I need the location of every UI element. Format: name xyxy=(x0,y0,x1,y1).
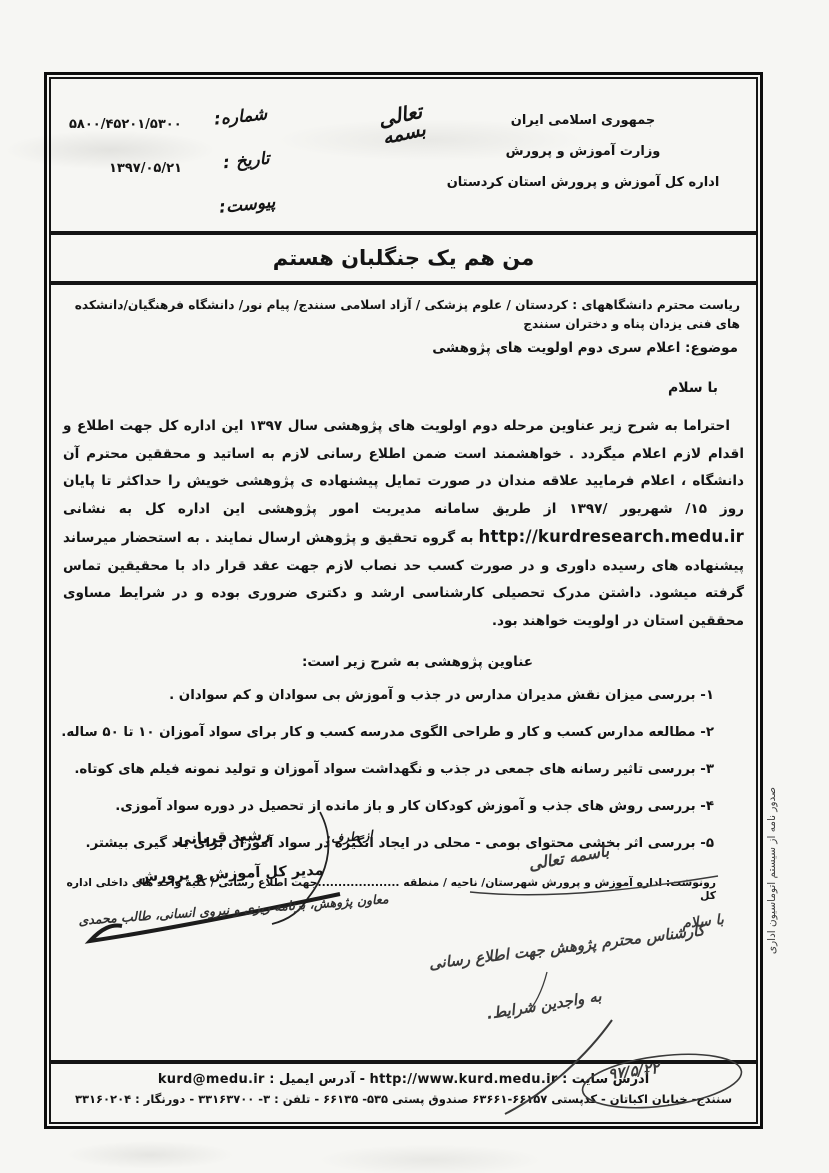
letter-inner-frame: جمهوری اسلامی ایران وزارت آموزش و پرورش … xyxy=(49,77,758,1124)
subject-label: موضوع: xyxy=(685,340,738,356)
number-label: شماره: xyxy=(213,104,268,129)
email-label: آدرس ایمیل : xyxy=(269,1072,355,1087)
letter-content: ریاست محترم دانشگاههای : کردستان / علوم … xyxy=(51,285,756,1060)
topic-item-2: ۲- مطالعه مدارس کسب و کار و طراحی الگوی … xyxy=(61,722,714,744)
footer-contact-row: آدرس سایت : http://www.kurd.medu.ir - آد… xyxy=(51,1072,756,1087)
date-label: تاریخ : xyxy=(222,149,270,174)
letterhead: جمهوری اسلامی ایران وزارت آموزش و پرورش … xyxy=(51,79,756,231)
letter-outer-frame: جمهوری اسلامی ایران وزارت آموزش و پرورش … xyxy=(44,72,763,1129)
body-text-before-url: احتراما به شرح زیر عناوین مرحله دوم اولو… xyxy=(63,418,744,517)
topic-item-1: ۱- بررسی میزان نقش مدیران مدارس در جذب و… xyxy=(61,685,714,707)
addressee-line: ریاست محترم دانشگاههای : کردستان / علوم … xyxy=(63,296,740,334)
site-url: http://www.kurd.medu.ir xyxy=(370,1072,558,1087)
topic-item-3: ۳- بررسی تاثیر رسانه های جمعی در جذب و ن… xyxy=(61,759,714,781)
org-line-ministry: وزارت آموزش و پرورش xyxy=(438,136,728,167)
org-line-department: اداره کل آموزش و پرورش استان کردستان xyxy=(438,167,728,198)
footer-separator: - xyxy=(360,1072,365,1087)
attachment-label: پیوست: xyxy=(218,192,276,218)
site-label: آدرس سایت : xyxy=(562,1072,649,1087)
number-value: ۵۸۰۰/۴۵۲۰۱/۵۳۰۰ xyxy=(69,117,182,132)
topics-intro: عناوین پژوهشی به شرح زیر است: xyxy=(61,654,533,670)
topic-item-4: ۴- بررسی روش های جذب و آموزش کودکان کار … xyxy=(61,796,714,818)
org-block: جمهوری اسلامی ایران وزارت آموزش و پرورش … xyxy=(438,105,728,198)
topic-item-5: ۵- بررسی اثر بخشی محتوای بومی - محلی در … xyxy=(61,833,714,855)
subject-value: اعلام سری دوم اولویت های پژوهشی xyxy=(432,340,680,356)
body-paragraph: احتراما به شرح زیر عناوین مرحله دوم اولو… xyxy=(63,413,744,635)
subject-line: موضوع: اعلام سری دوم اولویت های پژوهشی xyxy=(61,340,738,356)
letter-footer: آدرس سایت : http://www.kurd.medu.ir - آد… xyxy=(51,1064,756,1122)
research-portal-url: http://kurdresearch.medu.ir xyxy=(479,527,744,546)
scanned-letter-page: جمهوری اسلامی ایران وزارت آموزش و پرورش … xyxy=(0,0,829,1173)
reference-block: شماره: ۵۸۰۰/۴۵۲۰۱/۵۳۰۰ تاریخ : ۱۳۹۷/۰۵/۲… xyxy=(51,79,321,231)
footer-address-row: سنندج- خیابان اکباتان - کدپستی ۶۶۱۵۷-۶۳۶… xyxy=(51,1092,756,1106)
salutation: با سلام xyxy=(61,380,718,396)
cc-line: رونوشت: اداره آموزش و پرورش شهرستان/ ناح… xyxy=(61,876,716,902)
besmele-calligraphy: تعالی بسمه xyxy=(354,94,451,154)
email-address: kurd@medu.ir xyxy=(158,1072,265,1087)
org-line-country: جمهوری اسلامی ایران xyxy=(438,105,728,136)
automation-margin-note: صدور نامه از سیستم اتوماسیون اداری xyxy=(766,787,778,1092)
date-value: ۱۳۹۷/۰۵/۲۱ xyxy=(109,161,182,176)
research-topics-list: ۱- بررسی میزان نقش مدیران مدارس در جذب و… xyxy=(61,685,746,855)
slogan-banner: من هم یک جنگلبان هستم xyxy=(51,235,756,281)
